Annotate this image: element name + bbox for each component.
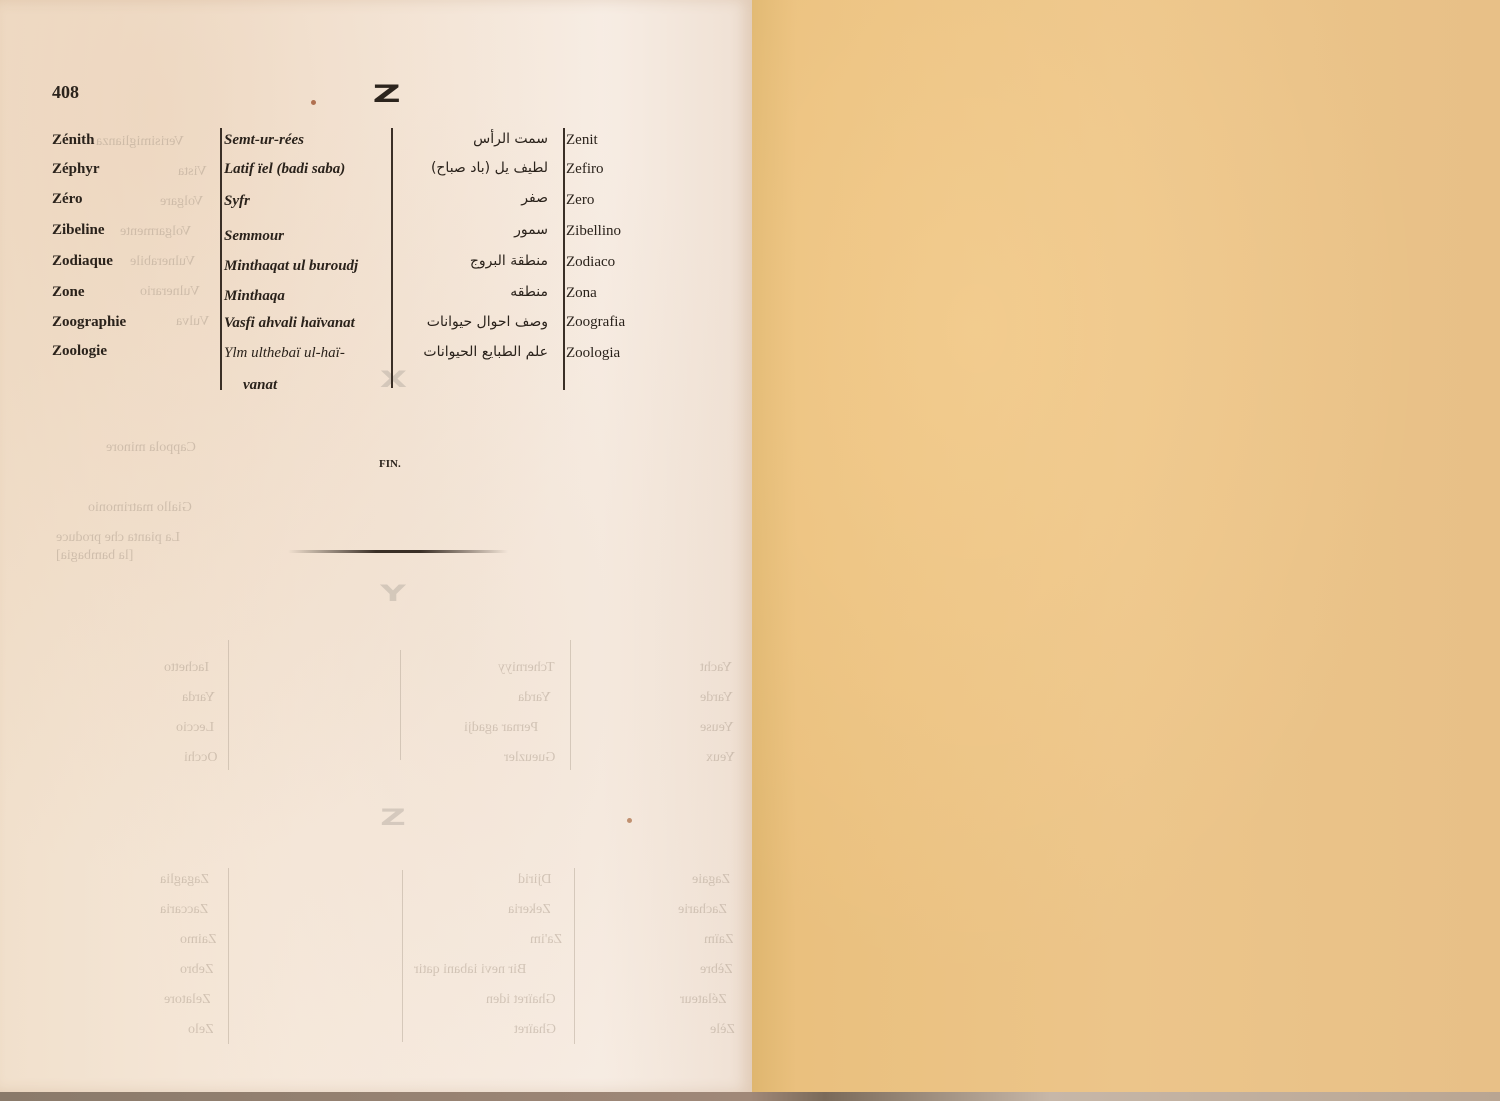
column-rule — [391, 128, 393, 388]
ghost-text: Zelo — [188, 1022, 214, 1038]
ghost-text: Vulnerabile — [130, 254, 195, 270]
ghost-text: Pernar agadji — [464, 720, 538, 736]
arabic-script: صفر — [521, 190, 548, 206]
turkish-transliteration-cont: vanat — [243, 377, 277, 394]
ghost-text: Yacht — [700, 660, 732, 676]
ghost-text: Zaccaria — [160, 902, 208, 918]
ghost-text: Cappola minore — [106, 440, 196, 456]
italian-term: Zibellino — [566, 223, 621, 240]
italian-term: Zoologia — [566, 345, 620, 362]
ghost-rule — [400, 650, 401, 760]
ghost-letter: Y — [380, 582, 406, 607]
ghost-text: Iachetto — [164, 660, 209, 676]
ghost-letter: X — [380, 368, 407, 393]
arabic-script: علم الطبايع الحيوانات — [423, 344, 548, 360]
french-term: Zodiaque — [52, 253, 113, 270]
ghost-text: Zacharie — [678, 902, 727, 918]
ghost-rule — [402, 870, 403, 1042]
arabic-script: منطقة البروج — [470, 253, 548, 269]
ghost-text: Volgare — [160, 194, 203, 210]
right-page-blank — [752, 0, 1500, 1095]
ghost-text: Za'im — [530, 932, 562, 948]
ghost-text: [la bambagia] — [56, 548, 133, 564]
ghost-text: La pianta che produce — [56, 530, 180, 546]
italian-term: Zona — [566, 285, 597, 302]
ghost-text: Yeuse — [700, 720, 734, 736]
ghost-text: Tcherniyy — [498, 660, 555, 676]
ghost-text: Yeux — [706, 750, 735, 766]
french-term: Zone — [52, 284, 85, 301]
ghost-text: Ghaïret — [514, 1022, 556, 1038]
ghost-rule — [228, 868, 229, 1044]
ghost-letter: Z — [380, 806, 406, 831]
ghost-text: Vulnerario — [140, 284, 200, 300]
arabic-script: سمت الرأس — [473, 131, 548, 147]
italian-term: Zenit — [566, 132, 598, 149]
french-term: Zoologie — [52, 343, 107, 360]
book-edge — [0, 1092, 1500, 1101]
italian-term: Zoografia — [566, 314, 625, 331]
end-marker: FIN. — [379, 458, 401, 470]
left-page — [0, 0, 754, 1092]
french-term: Zibeline — [52, 222, 105, 239]
turkish-transliteration: Vasfi ahvali haïvanat — [224, 315, 355, 332]
page-number: 408 — [52, 82, 79, 103]
ghost-text: Verisimiglianza — [96, 134, 184, 150]
arabic-script: سمور — [514, 222, 548, 238]
ghost-text: Yarda — [182, 690, 215, 706]
ghost-text: Yarda — [518, 690, 551, 706]
ghost-text: Zèbre — [700, 962, 733, 978]
ghost-text: Bir nevi iabani qatir — [414, 962, 526, 978]
ghost-text: Leccio — [176, 720, 214, 736]
turkish-transliteration: Minthaqa — [224, 288, 285, 305]
french-term: Zénith — [52, 132, 95, 149]
ghost-text: Ghaïret iden — [486, 992, 556, 1008]
ghost-text: Zelatore — [164, 992, 211, 1008]
column-rule — [220, 128, 222, 390]
stain — [311, 100, 316, 105]
italian-term: Zodiaco — [566, 254, 615, 271]
ghost-text: Vista — [178, 164, 207, 180]
turkish-transliteration: Syfr — [224, 193, 250, 210]
ghost-text: Zekeria — [508, 902, 551, 918]
arabic-script: منطقه — [510, 284, 548, 300]
french-term: Zoographie — [52, 314, 126, 331]
section-letter: Z — [373, 80, 401, 108]
ghost-text: Zebro — [180, 962, 213, 978]
ghost-text: Gueuzler — [504, 750, 555, 766]
ghost-text: Zélateur — [680, 992, 727, 1008]
ghost-text: Yarde — [700, 690, 733, 706]
ghost-text: Occhi — [184, 750, 217, 766]
arabic-script: وصف احوال حيوانات — [427, 314, 548, 330]
ghost-text: Djirid — [518, 872, 551, 888]
ghost-text: Vulva — [176, 314, 209, 330]
ghost-text: Zèle — [710, 1022, 735, 1038]
ghost-rule — [570, 640, 571, 770]
ghost-text: Giallo matrimonio — [88, 500, 192, 516]
turkish-transliteration: Semmour — [224, 228, 284, 245]
ghost-text: Volgarmente — [120, 224, 191, 240]
arabic-script: لطيف يل (باد صباح) — [431, 160, 548, 176]
ghost-rule — [574, 868, 575, 1044]
ghost-text: Zaimo — [180, 932, 217, 948]
turkish-transliteration: Ylm ulthebaï ul-haï- — [224, 345, 345, 362]
column-rule — [563, 128, 565, 390]
french-term: Zéphyr — [52, 161, 100, 178]
french-term: Zéro — [52, 191, 83, 208]
ornament-rule — [288, 550, 508, 553]
italian-term: Zero — [566, 192, 594, 209]
italian-term: Zefiro — [566, 161, 603, 178]
turkish-transliteration: Semt-ur-rées — [224, 132, 304, 149]
ghost-text: Zagaie — [692, 872, 730, 888]
ghost-text: Zaïm — [704, 932, 734, 948]
ghost-rule — [228, 640, 229, 770]
turkish-transliteration: Minthaqat ul buroudj — [224, 258, 358, 275]
ghost-text: Zagaglia — [160, 872, 209, 888]
turkish-transliteration: Latif ïel (badi saba) — [224, 161, 345, 178]
stain — [627, 818, 632, 823]
